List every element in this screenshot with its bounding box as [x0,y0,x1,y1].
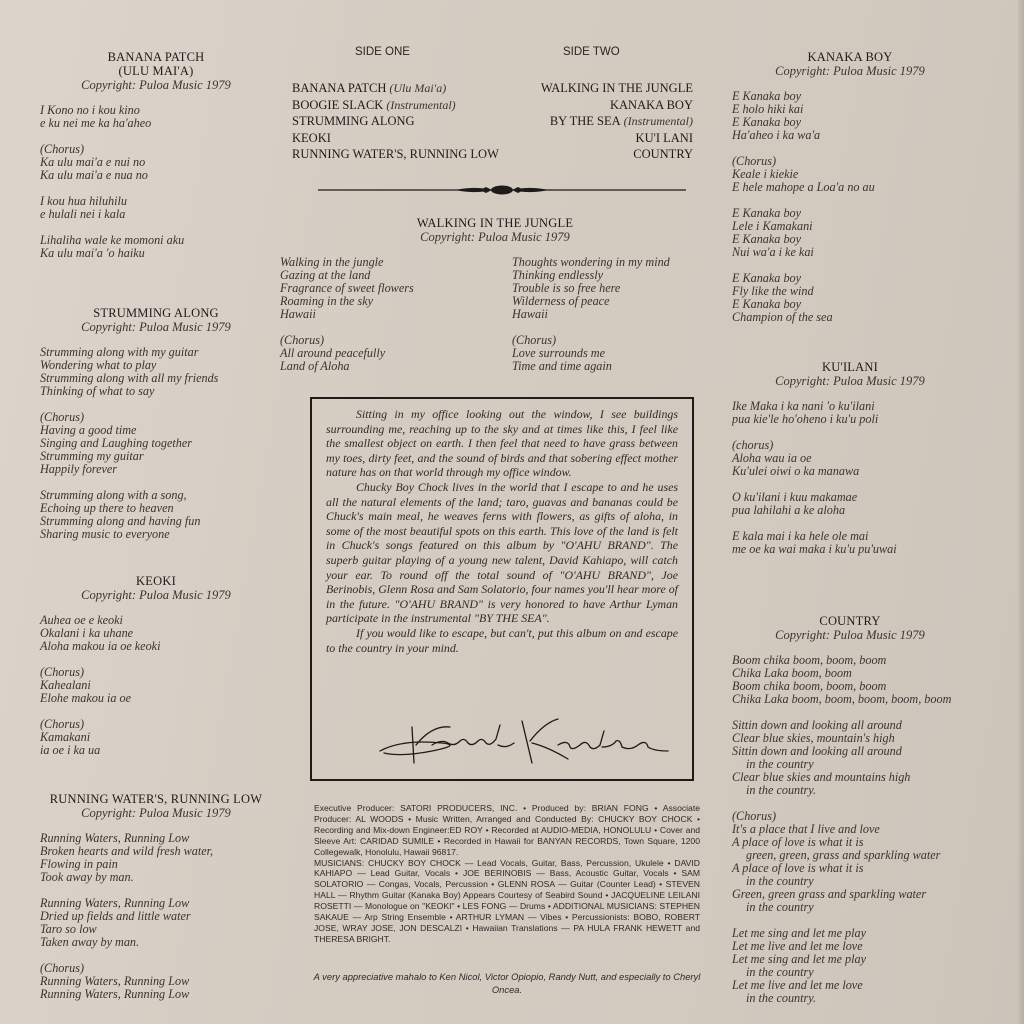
song-kuilani: KU'ILANI Copyright: Puloa Music 1979 Ike… [732,360,968,569]
song-copyright: Copyright: Puloa Music 1979 [40,806,272,820]
track-item: BOOGIE SLACK (Instrumental) [292,97,499,114]
acknowledgements: A very appreciative mahalo to Ken Nicol,… [312,970,702,996]
song-running-waters: RUNNING WATER'S, RUNNING LOW Copyright: … [40,792,272,1014]
song-lyrics: E Kanaka boyE holo hiki kaiE Kanaka boyH… [732,90,968,324]
lyric-stanza: Auhea oe e keokiOkalani i ka uhaneAloha … [40,614,272,653]
lyric-line: Thinking of what to say [40,385,272,398]
lyric-stanza: E Kanaka boyLele i KamakaniE Kanaka boyN… [732,207,968,259]
lyric-stanza: O ku'ilani i kuu makamaepua lahilahi a k… [732,491,968,517]
song-copyright: Copyright: Puloa Music 1979 [40,588,272,602]
lyric-stanza: Let me sing and let me playLet me live a… [732,927,968,1005]
track-note: (Ulu Mai'a) [386,81,446,95]
song-kanaka-boy: KANAKA BOY Copyright: Puloa Music 1979 E… [732,50,968,337]
lyric-line: E hele mahope a Loa'a no au [732,181,968,194]
track-item: BANANA PATCH (Ulu Mai'a) [292,80,499,97]
lyric-line: Nui wa'a i ke kai [732,246,968,259]
track-note: (Instrumental) [621,114,693,128]
track-item: BY THE SEA (Instrumental) [541,113,693,130]
musician-credits: MUSICIANS: CHUCKY BOY CHOCK — Lead Vocal… [314,858,700,945]
lyric-stanza: (Chorus)It's a place that I live and lov… [732,810,968,914]
lyric-stanza: Thoughts wondering in my mindThinking en… [512,256,670,321]
song-title: STRUMMING ALONG [40,306,272,320]
lyric-line: Time and time again [512,360,670,373]
track-item: WALKING IN THE JUNGLE [541,80,693,97]
lyric-stanza: (Chorus)Keale i kiekieE hele mahope a Lo… [732,155,968,194]
lyric-stanza: (Chorus)Love surrounds meTime and time a… [512,334,670,373]
song-copyright: Copyright: Puloa Music 1979 [280,230,710,244]
lyric-stanza: (Chorus)Kamakaniia oe i ka ua [40,718,272,757]
lyric-line: Champion of the sea [732,311,968,324]
lyric-line: in the country. [732,784,968,797]
lyric-stanza: I Kono no i kou kinoe ku nei me ka ha'ah… [40,104,272,130]
track-item: KANAKA BOY [541,97,693,114]
lyric-line: ia oe i ka ua [40,744,272,757]
liner-notes-paragraph: Chucky Boy Chock lives in the world that… [326,480,678,626]
lyric-line: Took away by man. [40,871,272,884]
lyric-line: Aloha makou ia oe keoki [40,640,272,653]
song-lyrics: Ike Maka i ka nani 'o ku'ilanipua kie'le… [732,400,968,556]
song-title: RUNNING WATER'S, RUNNING LOW [40,792,272,806]
lyric-stanza: (Chorus)Ka ulu mai'a e nui noKa ulu mai'… [40,143,272,182]
song-lyrics: Strumming along with my guitarWondering … [40,346,272,541]
lyric-line: Land of Aloha [280,360,414,373]
song-strumming-along: STRUMMING ALONG Copyright: Puloa Music 1… [40,306,272,554]
side-two-tracklist: WALKING IN THE JUNGLEKANAKA BOYBY THE SE… [541,80,693,163]
lyric-line: e hulali nei i kala [40,208,272,221]
lyric-line: Chika Laka boom, boom, boom, boom, boom [732,693,968,706]
liner-notes-box: Sitting in my office looking out the win… [310,397,694,781]
lyric-line: e ku nei me ka ha'aheo [40,117,272,130]
song-lyrics: Running Waters, Running LowBroken hearts… [40,832,272,1001]
song-country: COUNTRY Copyright: Puloa Music 1979 Boom… [732,614,968,1018]
track-item: RUNNING WATER'S, RUNNING LOW [292,146,499,163]
song-banana-patch: BANANA PATCH (ULU MAI'A) Copyright: Pulo… [40,50,272,273]
lyric-stanza: I kou hua hiluhilue hulali nei i kala [40,195,272,221]
song-walking-in-the-jungle: WALKING IN THE JUNGLE Copyright: Puloa M… [280,216,710,364]
lyric-line: Ku'ulei oiwi o ka manawa [732,465,968,478]
lyric-stanza: Lihaliha wale ke momoni akuKa ulu mai'a … [40,234,272,260]
lyric-stanza: (chorus)Aloha wau ia oeKu'ulei oiwi o ka… [732,439,968,478]
song-copyright: Copyright: Puloa Music 1979 [732,374,968,388]
lyric-line: me oe ka wai maka i ku'u pu'uwai [732,543,968,556]
song-lyrics: Auhea oe e keokiOkalani i ka uhaneAloha … [40,614,272,757]
lyric-line: Hawaii [512,308,670,321]
lyric-stanza: Sittin down and looking all aroundClear … [732,719,968,797]
song-title: KEOKI [40,574,272,588]
song-copyright: Copyright: Puloa Music 1979 [40,320,272,334]
song-copyright: Copyright: Puloa Music 1979 [732,628,968,642]
lyric-line: Taken away by man. [40,936,272,949]
lyric-stanza: E Kanaka boyE holo hiki kaiE Kanaka boyH… [732,90,968,142]
lyric-line: in the country. [732,992,968,1005]
song-lyrics: I Kono no i kou kinoe ku nei me ka ha'ah… [40,104,272,260]
lyric-line: Ka ulu mai'a e nua no [40,169,272,182]
song-keoki: KEOKI Copyright: Puloa Music 1979 Auhea … [40,574,272,770]
lyric-stanza: Walking in the jungleGazing at the landF… [280,256,414,321]
lyric-stanza: (Chorus)Having a good timeSinging and La… [40,411,272,476]
track-item: COUNTRY [541,146,693,163]
song-copyright: Copyright: Puloa Music 1979 [732,64,968,78]
song-title: KANAKA BOY [732,50,968,64]
side-two-heading: SIDE TWO [563,46,620,58]
lyric-line: Ha'aheo i ka wa'a [732,129,968,142]
track-item: KEOKI [292,130,499,147]
side-one-tracklist: BANANA PATCH (Ulu Mai'a)BOOGIE SLACK (In… [292,80,499,163]
lyric-line: Elohe makou ia oe [40,692,272,705]
track-item: KU'I LANI [541,130,693,147]
lyric-stanza: (Chorus)All around peacefullyLand of Alo… [280,334,414,373]
album-credits: Executive Producer: SATORI PRODUCERS, IN… [314,803,700,945]
side-one-heading: SIDE ONE [355,46,410,58]
lyric-line: Running Waters, Running Low [40,988,272,1001]
lyric-stanza: Ike Maka i ka nani 'o ku'ilanipua kie'le… [732,400,968,426]
liner-notes-paragraph: If you would like to escape, but can't, … [326,626,678,655]
signature: Krash Kealoha [372,717,672,767]
song-title: KU'ILANI [732,360,968,374]
production-credits: Executive Producer: SATORI PRODUCERS, IN… [314,803,700,858]
liner-notes-paragraph: Sitting in my office looking out the win… [326,407,678,480]
lyric-line: in the country [732,901,968,914]
lyric-line: Ka ulu mai'a 'o haiku [40,247,272,260]
lyric-stanza: E Kanaka boyFly like the windE Kanaka bo… [732,272,968,324]
song-lyrics-left: Walking in the jungleGazing at the landF… [280,256,414,386]
sleeve-edge [1018,0,1024,1024]
lyric-stanza: Strumming along with my guitarWondering … [40,346,272,398]
lyric-line: pua lahilahi a ke aloha [732,504,968,517]
song-title: COUNTRY [732,614,968,628]
lyric-stanza: E kala mai i ka hele ole maime oe ka wai… [732,530,968,556]
track-note: (Instrumental) [383,98,455,112]
lyric-stanza: Running Waters, Running LowBroken hearts… [40,832,272,884]
lyric-line: Sharing music to everyone [40,528,272,541]
lyric-line: pua kie'le ho'oheno i ku'u poli [732,413,968,426]
lyric-stanza: Boom chika boom, boom, boomChika Laka bo… [732,654,968,706]
lyric-stanza: Strumming along with a song,Echoing up t… [40,489,272,541]
ornamental-divider [318,183,686,197]
lyric-line: Happily forever [40,463,272,476]
song-title: WALKING IN THE JUNGLE [280,216,710,230]
track-item: STRUMMING ALONG [292,113,499,130]
song-copyright: Copyright: Puloa Music 1979 [40,78,272,92]
song-title: BANANA PATCH (ULU MAI'A) [40,50,272,78]
lyric-line: Hawaii [280,308,414,321]
lyric-stanza: (Chorus)Running Waters, Running LowRunni… [40,962,272,1001]
lyric-stanza: Running Waters, Running LowDried up fiel… [40,897,272,949]
song-lyrics-right: Thoughts wondering in my mindThinking en… [512,256,670,386]
song-lyrics: Boom chika boom, boom, boomChika Laka bo… [732,654,968,1005]
lyric-stanza: (Chorus)KahealaniElohe makou ia oe [40,666,272,705]
